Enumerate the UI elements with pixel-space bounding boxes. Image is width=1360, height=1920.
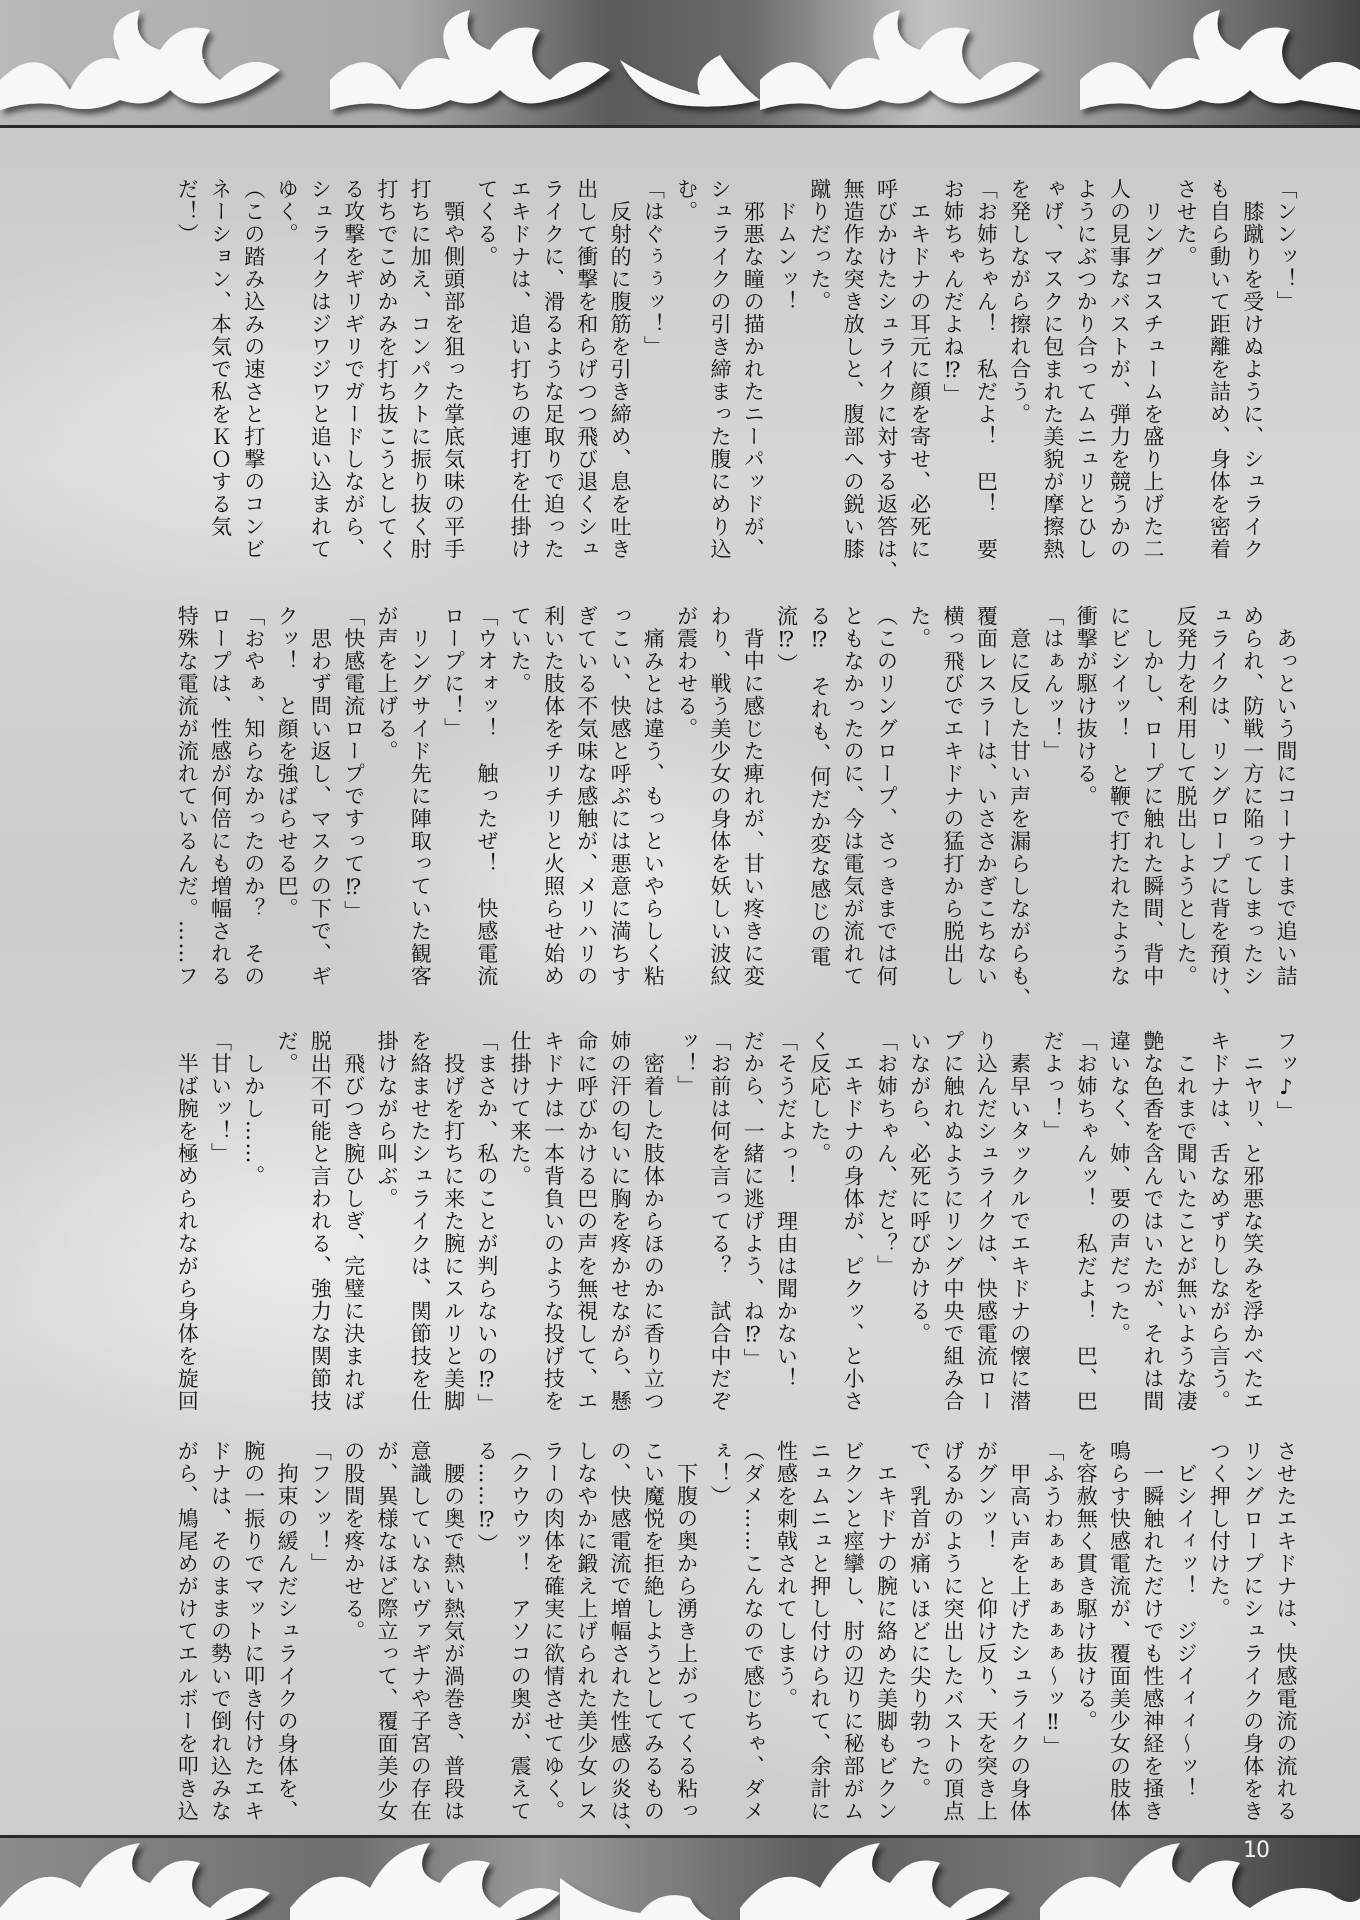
text-column: ライクに、滑るような足取りで迫った bbox=[536, 178, 569, 568]
text-column: 打ちに加え、コンパクトに振り抜く肘 bbox=[403, 178, 436, 568]
text-column: 密着した肢体からほのかに香り立つ bbox=[636, 1030, 669, 1420]
text-column: ニヤリ、と邪悪な笑みを浮かべたエ bbox=[1235, 1030, 1268, 1420]
text-column: 邪悪な瞳の描かれたニーパッドが、 bbox=[736, 178, 769, 568]
text-column: も自ら動いて距離を詰め、身体を密着 bbox=[1202, 178, 1235, 568]
text-column: がグンッ！ と仰け反り、天を突き上 bbox=[969, 1440, 1002, 1830]
text-column: 無造作な突き放しと、腹部への鋭い膝 bbox=[836, 178, 869, 568]
text-column: の股間を疼かせる。 bbox=[336, 1440, 369, 1830]
text-column: 「ふうわぁぁぁぁぁぁ〜ッ‼」 bbox=[1036, 1440, 1069, 1830]
text-column: 鳴らす快感電流が、覆面美少女の肢体 bbox=[1102, 1440, 1135, 1830]
text-column: の、快感電流で増幅された性感の炎は、 bbox=[603, 1440, 636, 1830]
text-column: 一瞬触れただけでも性感神経を掻き bbox=[1136, 1440, 1169, 1830]
text-column: フッ♪」 bbox=[1269, 1030, 1302, 1420]
text-column: あっという間にコーナーまで追い詰 bbox=[1269, 605, 1302, 995]
text-column: 艶な色香を含んではいたが、それは間 bbox=[1136, 1030, 1169, 1420]
text-column: 投げを打ちに来た腕にスルリと美脚 bbox=[436, 1030, 469, 1420]
text-column: ともなかったのに、今は電気が流れて bbox=[836, 605, 869, 995]
text-column: 反射的に腹筋を引き締め、息を吐き bbox=[603, 178, 636, 568]
text-column: だ！） bbox=[170, 178, 203, 568]
text-column: 腕の一振りでマットに叩き付けたエキ bbox=[237, 1440, 270, 1830]
text-column: 素早いタックルでエキドナの懐に潜 bbox=[1002, 1030, 1035, 1420]
text-column: 「おやぁ、知らなかったのか？ その bbox=[237, 605, 270, 995]
text-column: （クウウッ！ アソコの奥が、震えて bbox=[503, 1440, 536, 1830]
text-column: 掛けながら叫ぶ。 bbox=[370, 1030, 403, 1420]
text-column: ロープに！」 bbox=[436, 605, 469, 995]
text-column: お姉ちゃんだよね⁉」 bbox=[936, 178, 969, 568]
text-band-2: あっという間にコーナーまで追い詰められ、防戦一方に陥ってしまったシュライクは、リ… bbox=[162, 605, 1302, 995]
text-column: 下腹の奥から湧き上がってくる粘っ bbox=[669, 1440, 702, 1830]
text-column: 「そうだよっ！ 理由は聞かない！ bbox=[769, 1030, 802, 1420]
text-column: ドムンッ！ bbox=[769, 178, 802, 568]
text-column: 命に呼びかける巴の声を無視して、エ bbox=[569, 1030, 602, 1420]
text-column: プに触れぬようにリング中央で組み合 bbox=[936, 1030, 969, 1420]
text-column: エキドナの腕に絡めた美脚もビクン bbox=[869, 1440, 902, 1830]
text-column: ていた。 bbox=[503, 605, 536, 995]
text-column: （ダメ……こんなので感じちゃ、ダメ bbox=[736, 1440, 769, 1830]
text-column: ロープは、性感が何倍にも増幅される bbox=[203, 605, 236, 995]
text-column: しなやかに鍛え上げられた美少女レス bbox=[569, 1440, 602, 1830]
text-column: ビクンと痙攣し、肘の辺りに秘部がム bbox=[836, 1440, 869, 1830]
text-column: 違いなく、姉、要の声だった。 bbox=[1102, 1030, 1135, 1420]
text-column: 反発力を利用して脱出しようとした。 bbox=[1169, 605, 1202, 995]
text-column: ッ！」 bbox=[669, 1030, 702, 1420]
text-column: 飛びつき腕ひしぎ、完璧に決まれば bbox=[336, 1030, 369, 1420]
text-column: 利いた肢体をチリチリと火照らせ始め bbox=[536, 605, 569, 995]
text-column: で、乳首が痛いほどに尖り勃った。 bbox=[902, 1440, 935, 1830]
text-column: 特殊な電流が流れているんだ。……フ bbox=[170, 605, 203, 995]
text-column: リングロープにシュライクの身体をき bbox=[1235, 1440, 1268, 1830]
text-column: シュライクはジワジワと追い込まれて bbox=[303, 178, 336, 568]
text-column: 流⁉） bbox=[769, 605, 802, 995]
text-column: む。 bbox=[669, 178, 702, 568]
text-column: 「まさか、私のことが判らないの⁉」 bbox=[470, 1030, 503, 1420]
text-column: ビシイィッ！ ジジイィィ〜ッ！ bbox=[1169, 1440, 1202, 1830]
text-column: が震わせる。 bbox=[669, 605, 702, 995]
text-column: 覆面レスラーは、いささかぎこちない bbox=[969, 605, 1002, 995]
text-column: キドナは、舌なめずりしながら言う。 bbox=[1202, 1030, 1235, 1420]
text-column: 膝蹴りを受けぬように、シュライク bbox=[1235, 178, 1268, 568]
text-column: 「快感電流ロープですって⁉」 bbox=[336, 605, 369, 995]
text-column: る⁉ それも、何だか変な感じの電 bbox=[803, 605, 836, 995]
text-column: にビシイッ！ と鞭で打たれたような bbox=[1102, 605, 1135, 995]
text-band-1: 「ンンッ！」 膝蹴りを受けぬように、シュライクも自ら動いて距離を詰め、身体を密着… bbox=[162, 178, 1302, 568]
text-column: 打ちでこめかみを打ち抜こうとしてく bbox=[370, 178, 403, 568]
text-column: これまで聞いたことが無いような凄 bbox=[1169, 1030, 1202, 1420]
text-column: ゃげ、マスクに包まれた美貌が摩擦熱 bbox=[1036, 178, 1069, 568]
text-column: キドナは一本背負いのような投げ技を bbox=[536, 1030, 569, 1420]
text-column: っこい、快感と呼ぶには悪意に満ちす bbox=[603, 605, 636, 995]
text-column: 拘束の緩んだシュライクの身体を、 bbox=[270, 1440, 303, 1830]
text-column: 腰の奥で熱い熱気が渦巻き、普段は bbox=[436, 1440, 469, 1830]
text-column: ぇ！） bbox=[703, 1440, 736, 1830]
text-column: だよっ！」 bbox=[1036, 1030, 1069, 1420]
text-column: させたエキドナは、快感電流の流れる bbox=[1269, 1440, 1302, 1830]
text-column: く反応した。 bbox=[803, 1030, 836, 1420]
text-column: 意に反した甘い声を漏らしながらも、 bbox=[1002, 605, 1035, 995]
text-column: しかし……。 bbox=[237, 1030, 270, 1420]
text-column: 脱出不可能と言われる、強力な関節技 bbox=[303, 1030, 336, 1420]
text-band-3: フッ♪」 ニヤリ、と邪悪な笑みを浮かべたエキドナは、舌なめずりしながら言う。 こ… bbox=[162, 1030, 1302, 1420]
text-column: 横っ飛びでエキドナの猛打から脱出し bbox=[936, 605, 969, 995]
text-column: 蹴りだった。 bbox=[803, 178, 836, 568]
text-column: だから、一緒に逃げよう、ね⁉」 bbox=[736, 1030, 769, 1420]
text-column: いながら、必死に呼びかける。 bbox=[902, 1030, 935, 1420]
text-column: 「フンッ！」 bbox=[303, 1440, 336, 1830]
text-column: 「お姉ちゃんッ！ 私だよ！ 巴、巴 bbox=[1069, 1030, 1102, 1420]
text-column: 出して衝撃を和らげつつ飛び退くシュ bbox=[569, 178, 602, 568]
text-column: ネーション、本気で私をＫＯする気 bbox=[203, 178, 236, 568]
text-column: 思わず問い返し、マスクの下で、ギ bbox=[303, 605, 336, 995]
text-column: エキドナの耳元に顔を寄せ、必死に bbox=[902, 178, 935, 568]
text-column: 甲高い声を上げたシュライクの身体 bbox=[1002, 1440, 1035, 1830]
tribal-ornament-icon bbox=[0, 1838, 1360, 1920]
text-column: ぎている不気味な感触が、メリハリの bbox=[569, 605, 602, 995]
text-column: る……⁉） bbox=[470, 1440, 503, 1830]
text-column: 「はぁんッ！」 bbox=[1036, 605, 1069, 995]
text-band-4: させたエキドナは、快感電流の流れるリングロープにシュライクの身体をきつく押し付け… bbox=[162, 1440, 1302, 1830]
text-column: （この踏み込みの速さと打撃のコンビ bbox=[237, 178, 270, 568]
text-column: が、異様なほど際立って、覆面美少女 bbox=[370, 1440, 403, 1830]
text-column: 「お前は何を言ってる？ 試合中だぞ bbox=[703, 1030, 736, 1420]
text-column: 衝撃が駆け抜ける。 bbox=[1069, 605, 1102, 995]
text-column: させた。 bbox=[1169, 178, 1202, 568]
text-column: 「お姉ちゃん、だと？」 bbox=[869, 1030, 902, 1420]
text-column: ラーの肉体を確実に欲情させてゆく。 bbox=[536, 1440, 569, 1830]
text-column: てくる。 bbox=[470, 178, 503, 568]
text-column: が声を上げる。 bbox=[370, 605, 403, 995]
text-column: 人の見事なバストが、弾力を競うかの bbox=[1102, 178, 1135, 568]
page-number: 10 bbox=[1243, 1838, 1269, 1863]
text-column: ようにぶつかり合ってムニュリとひし bbox=[1069, 178, 1102, 568]
text-column: 「お姉ちゃん！ 私だよ！ 巴！ 要 bbox=[969, 178, 1002, 568]
text-column: リングコスチュームを盛り上げた二 bbox=[1136, 178, 1169, 568]
text-column: ニュムニュと押し付けられて、余計に bbox=[803, 1440, 836, 1830]
text-column: 性感を刺戟されてしまう。 bbox=[769, 1440, 802, 1830]
text-column: 痛みとは違う、もっといやらしく粘 bbox=[636, 605, 669, 995]
text-column: ドナは、そのままの勢いで倒れ込みな bbox=[203, 1440, 236, 1830]
text-column: り込んだシュライクは、快感電流ロー bbox=[969, 1030, 1002, 1420]
text-column: ュライクは、リングロープに背を預け、 bbox=[1202, 605, 1235, 995]
text-column: 呼びかけたシュライクに対する返答は、 bbox=[869, 178, 902, 568]
text-column: 意識していないヴァギナや子宮の存在 bbox=[403, 1440, 436, 1830]
text-column: げるかのように突出したバストの頂点 bbox=[936, 1440, 969, 1830]
text-column: た。 bbox=[902, 605, 935, 995]
text-column: エキドナは、追い打ちの連打を仕掛け bbox=[503, 178, 536, 568]
text-column: められ、防戦一方に陥ってしまったシ bbox=[1235, 605, 1268, 995]
text-column: 半ば腕を極められながら身体を旋回 bbox=[170, 1030, 203, 1420]
text-column: 姉の汗の匂いに胸を疼かせながら、懸 bbox=[603, 1030, 636, 1420]
text-column: 顎や側頭部を狙った掌底気味の平手 bbox=[436, 178, 469, 568]
text-column: を発しながら擦れ合う。 bbox=[1002, 178, 1035, 568]
text-column: 「ウオォッ！ 触ったぜ！ 快感電流 bbox=[470, 605, 503, 995]
text-column: がら、鳩尾めがけてエルボーを叩き込 bbox=[170, 1440, 203, 1830]
text-column: ゆく。 bbox=[270, 178, 303, 568]
text-column: わり、戦う美少女の身体を妖しい波紋 bbox=[703, 605, 736, 995]
text-column: （このリングロープ、さっきまでは何 bbox=[869, 605, 902, 995]
text-column: 「甘いッ！」 bbox=[203, 1030, 236, 1420]
text-column: を容赦無く貫き駆け抜ける。 bbox=[1069, 1440, 1102, 1830]
text-column: つく押し付けた。 bbox=[1202, 1440, 1235, 1830]
text-column: エキドナの身体が、ピクッ、と小さ bbox=[836, 1030, 869, 1420]
text-column: こい魔悦を拒絶しようとしてみるもの bbox=[636, 1440, 669, 1830]
tribal-ornament-icon bbox=[0, 0, 1360, 125]
text-column: 「ンンッ！」 bbox=[1269, 178, 1302, 568]
text-column: 仕掛けて来た。 bbox=[503, 1030, 536, 1420]
text-column: だ。 bbox=[270, 1030, 303, 1420]
text-column: リングサイド先に陣取っていた観客 bbox=[403, 605, 436, 995]
text-column: クッ！ と顔を強ばらせる巴。 bbox=[270, 605, 303, 995]
text-column: を絡ませたシュライクは、関節技を仕 bbox=[403, 1030, 436, 1420]
text-column: 背中に感じた痺れが、甘い疼きに変 bbox=[736, 605, 769, 995]
text-column: シュライクの引き締まった腹にめり込 bbox=[703, 178, 736, 568]
top-border bbox=[0, 0, 1360, 128]
bottom-border bbox=[0, 1835, 1360, 1920]
text-column: る攻撃をギリギリでガードしながら、 bbox=[336, 178, 369, 568]
text-column: しかし、ロープに触れた瞬間、背中 bbox=[1136, 605, 1169, 995]
text-column: 「はぐぅぅッ！」 bbox=[636, 178, 669, 568]
